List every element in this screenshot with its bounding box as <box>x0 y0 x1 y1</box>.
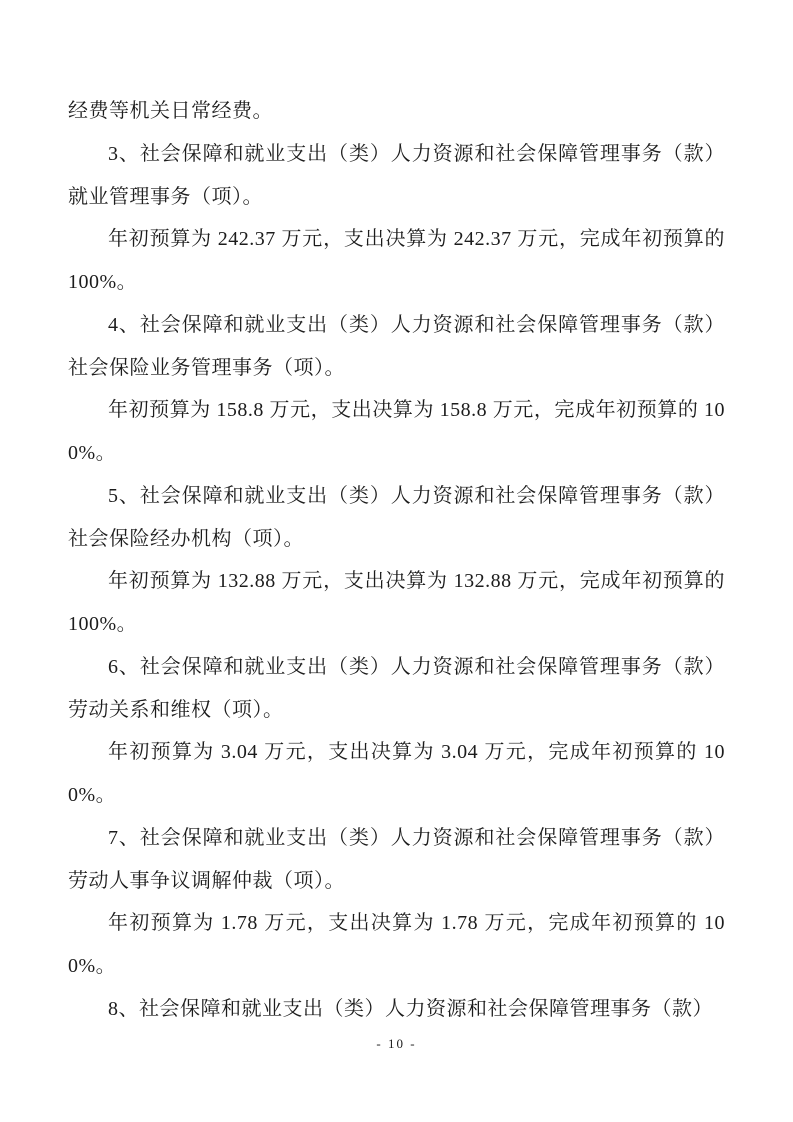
paragraph: 年初预算为 132.88 万元，支出决算为 132.88 万元，完成年初预算的 … <box>68 560 725 646</box>
paragraph: 7、社会保障和就业支出（类）人力资源和社会保障管理事务（款）劳动人事争议调解仲裁… <box>68 817 725 903</box>
paragraph: 年初预算为 242.37 万元，支出决算为 242.37 万元，完成年初预算的 … <box>68 218 725 304</box>
page-number: - 10 - <box>0 1036 793 1052</box>
paragraph: 4、社会保障和就业支出（类）人力资源和社会保障管理事务（款）社会保险业务管理事务… <box>68 304 725 390</box>
paragraph: 3、社会保障和就业支出（类）人力资源和社会保障管理事务（款）就业管理事务（项）。 <box>68 133 725 219</box>
document-body: 经费等机关日常经费。3、社会保障和就业支出（类）人力资源和社会保障管理事务（款）… <box>68 0 725 1031</box>
paragraph: 8、社会保障和就业支出（类）人力资源和社会保障管理事务（款） <box>68 988 725 1031</box>
paragraph: 5、社会保障和就业支出（类）人力资源和社会保障管理事务（款）社会保险经办机构（项… <box>68 475 725 561</box>
paragraph: 6、社会保障和就业支出（类）人力资源和社会保障管理事务（款）劳动关系和维权（项）… <box>68 646 725 732</box>
paragraph: 经费等机关日常经费。 <box>68 90 725 133</box>
paragraph: 年初预算为 3.04 万元，支出决算为 3.04 万元，完成年初预算的 100%… <box>68 731 725 817</box>
document-page: 经费等机关日常经费。3、社会保障和就业支出（类）人力资源和社会保障管理事务（款）… <box>0 0 793 1122</box>
paragraph: 年初预算为 1.78 万元，支出决算为 1.78 万元，完成年初预算的 100%… <box>68 902 725 988</box>
paragraph: 年初预算为 158.8 万元，支出决算为 158.8 万元，完成年初预算的 10… <box>68 389 725 475</box>
